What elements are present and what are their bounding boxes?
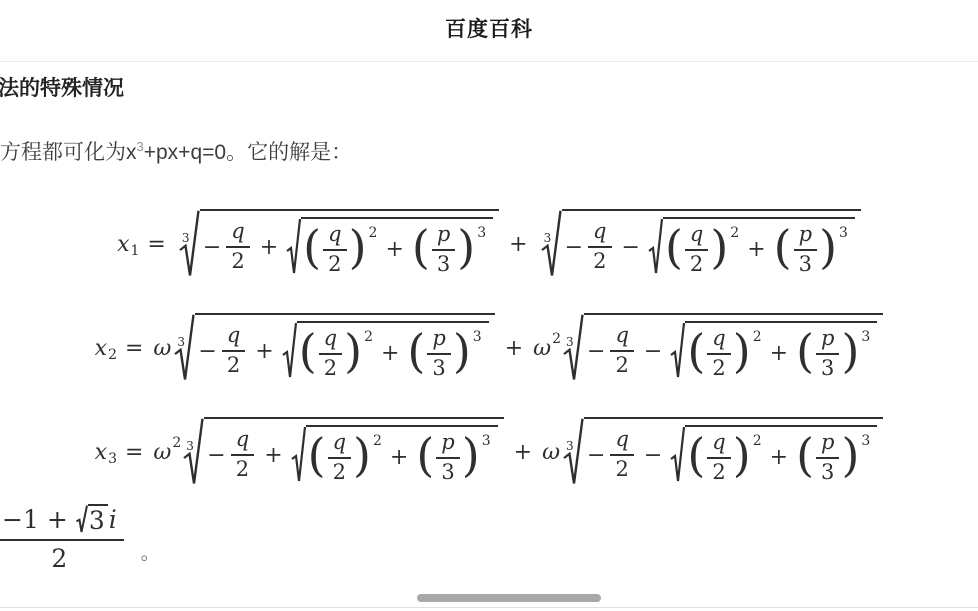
- left-paren: (: [407, 333, 425, 370]
- equals-sign: =: [125, 440, 143, 465]
- equals-sign: =: [147, 232, 165, 257]
- numerator: q: [328, 431, 351, 457]
- fraction: q2: [231, 428, 254, 481]
- left-paren: (: [774, 229, 792, 266]
- minus-sign: −: [622, 235, 640, 260]
- numerator: q: [226, 220, 249, 246]
- radical-sign-icon: 3: [563, 417, 584, 487]
- fraction: p3: [432, 223, 455, 276]
- numerator: q: [610, 428, 633, 454]
- plus-sign: +: [505, 336, 523, 361]
- radicand: ( q2 ) 2 + ( p3 ) 3: [301, 217, 493, 277]
- numerator: p: [794, 223, 817, 249]
- root-index: 3: [186, 439, 194, 453]
- intro-paragraph: 方程都可化为x3+px+q=0。它的解是：: [0, 136, 352, 166]
- radicand: − q2 − ( q2 ) 2 + ( p3 ) 3: [562, 209, 861, 279]
- root-index: 3: [177, 335, 185, 349]
- square-root: ( q2 ) 2 + ( p3 ) 3: [291, 425, 498, 485]
- radical-sign-icon: [291, 425, 306, 485]
- plus-sign: +: [770, 445, 788, 470]
- exponent: 2: [753, 433, 762, 449]
- radicand: − q2 + ( q2 ) 2 + ( p3 ) 3: [204, 417, 503, 487]
- square-root: ( q2 ) 2 + ( p3 ) 3: [670, 321, 877, 381]
- radicand: − q2 − ( q2 ) 2 + ( p3 ) 3: [584, 313, 883, 383]
- fraction: p3: [794, 223, 817, 276]
- cube-root: 3 − q2 + ( q2 ) 2 + ( p3 ) 3: [183, 417, 503, 487]
- lhs-variable: x: [95, 440, 107, 465]
- minus-sign: −: [207, 443, 225, 468]
- right-paren: ): [733, 437, 751, 474]
- imaginary-unit: i: [109, 506, 117, 534]
- denominator: 2: [707, 457, 730, 485]
- fraction: q2: [222, 324, 245, 377]
- radicand: 3: [88, 504, 108, 535]
- root-index: 3: [182, 231, 190, 245]
- left-paren: (: [303, 229, 321, 266]
- minus-sign: −: [587, 339, 605, 364]
- plus-sign: +: [264, 443, 282, 468]
- denominator: 2: [328, 457, 351, 485]
- omega-definition-fragment: −1 + 3 i 2 。: [0, 504, 160, 572]
- numerator: q: [323, 223, 346, 249]
- radicand: ( q2 ) 2 + ( p3 ) 3: [297, 321, 489, 381]
- denominator: 3: [427, 353, 450, 381]
- radicand: ( q2 ) 2 + ( p3 ) 3: [663, 217, 855, 277]
- fraction: p3: [816, 327, 839, 380]
- fraction: q2: [685, 223, 708, 276]
- radicand: − q2 + ( q2 ) 2 + ( p3 ) 3: [200, 209, 499, 279]
- fraction: p3: [427, 327, 450, 380]
- radical-sign-icon: 3: [563, 313, 584, 383]
- fraction: p3: [816, 431, 839, 484]
- lhs-subscript: 3: [108, 451, 117, 467]
- right-paren: ): [710, 229, 728, 266]
- numerator: p: [816, 327, 839, 353]
- cube-root: 3 − q2 + ( q2 ) 2 + ( p3 ) 3: [174, 313, 494, 383]
- right-paren: ): [453, 333, 471, 370]
- root-index: 3: [544, 231, 552, 245]
- exponent: 2: [373, 433, 382, 449]
- plus-sign: +: [385, 237, 403, 262]
- fraction: q2: [610, 428, 633, 481]
- plus-sign: +: [390, 445, 408, 470]
- denominator: 3: [432, 249, 455, 277]
- plus-sign: +: [747, 237, 765, 262]
- numerator: p: [436, 431, 459, 457]
- formula-x1: x1 = 3 − q2 + ( q2 ) 2 + ( p3: [0, 192, 978, 296]
- cube-root: 3 − q2 − ( q2 ) 2 + ( p3 ) 3: [563, 417, 883, 487]
- right-paren: ): [733, 333, 751, 370]
- numerator: q: [231, 428, 254, 454]
- fraction: q2: [226, 220, 249, 273]
- left-paren: (: [687, 437, 705, 474]
- intro-text-before: 方程都可化为x: [0, 141, 137, 164]
- numerator: q: [588, 220, 611, 246]
- radical-sign-icon: 3: [183, 417, 204, 487]
- radicand: ( q2 ) 2 + ( p3 ) 3: [306, 425, 498, 485]
- radical-sign-icon: [670, 321, 685, 381]
- lhs-variable: x: [117, 232, 129, 257]
- fraction: q2: [707, 431, 730, 484]
- left-paren: (: [796, 333, 814, 370]
- radical-sign-icon: 3: [174, 313, 195, 383]
- exponent: 3: [839, 225, 848, 241]
- cube-root: 3 − q2 + ( q2 ) 2 + ( p3 ) 3: [179, 209, 499, 279]
- radical-sign-icon: [282, 321, 297, 381]
- denominator: 3: [816, 353, 839, 381]
- fraction: q2: [588, 220, 611, 273]
- denominator: 3: [794, 249, 817, 277]
- fraction: −1 + 3 i 2: [0, 504, 124, 572]
- fraction: q2: [610, 324, 633, 377]
- numerator: q: [222, 324, 245, 350]
- lhs-variable: x: [95, 336, 107, 361]
- radical-sign-icon: [286, 217, 301, 277]
- fraction: p3: [436, 431, 459, 484]
- radical-sign-icon: 3: [179, 209, 200, 279]
- denominator: 2: [222, 350, 245, 378]
- left-paren: (: [416, 437, 434, 474]
- numerator: −1 + 3 i: [0, 504, 124, 539]
- plus-sign: +: [514, 440, 532, 465]
- minus-sign: −: [198, 339, 216, 364]
- denominator: 2: [0, 539, 124, 573]
- bottom-divider: [0, 607, 978, 608]
- radical-sign-icon: [76, 504, 88, 535]
- radicand: ( q2 ) 2 + ( p3 ) 3: [685, 321, 877, 381]
- right-paren: ): [819, 229, 837, 266]
- radical-sign-icon: [670, 425, 685, 485]
- section-heading: 法的特殊情况: [0, 72, 124, 102]
- numerator: p: [816, 431, 839, 457]
- radical-sign-icon: [648, 217, 663, 277]
- exponent: 2: [369, 225, 378, 241]
- formula-x3: x3 = ω2 3 − q2 + ( q2 ) 2 + ( p3: [0, 400, 978, 504]
- right-paren: ): [841, 437, 859, 474]
- numerator: q: [319, 327, 342, 353]
- denominator: 2: [685, 249, 708, 277]
- right-paren: ): [344, 333, 362, 370]
- denominator: 3: [436, 457, 459, 485]
- plus-sign: +: [260, 235, 278, 260]
- right-paren: ): [457, 229, 475, 266]
- denominator: 2: [231, 454, 254, 482]
- left-paren: (: [299, 333, 317, 370]
- denominator: 2: [319, 353, 342, 381]
- denominator: 2: [323, 249, 346, 277]
- square-root: ( q2 ) 2 + ( p3 ) 3: [286, 217, 493, 277]
- formula-x2: x2 = ω 3 − q2 + ( q2 ) 2 + ( p3: [0, 296, 978, 400]
- plus-sign: +: [47, 506, 68, 534]
- cube-root: 3 − q2 − ( q2 ) 2 + ( p3 ) 3: [541, 209, 861, 279]
- denominator: 2: [588, 246, 611, 274]
- formula-block: x1 = 3 − q2 + ( q2 ) 2 + ( p3: [0, 192, 978, 504]
- minus-sign: −: [565, 235, 583, 260]
- right-paren: ): [841, 333, 859, 370]
- denominator: 2: [707, 353, 730, 381]
- radical-sign-icon: 3: [541, 209, 562, 279]
- radicand: − q2 + ( q2 ) 2 + ( p3 ) 3: [195, 313, 494, 383]
- denominator: 2: [226, 246, 249, 274]
- fraction: q2: [323, 223, 346, 276]
- left-paren: (: [308, 437, 326, 474]
- lhs-subscript: 2: [108, 347, 117, 363]
- denominator: 2: [610, 454, 633, 482]
- root-index: 3: [566, 335, 574, 349]
- app-header: 百度百科: [0, 0, 978, 61]
- minus-sign: −: [644, 339, 662, 364]
- root-index: 3: [566, 439, 574, 453]
- numerator: q: [610, 324, 633, 350]
- plus-sign: +: [509, 232, 527, 257]
- left-paren: (: [412, 229, 430, 266]
- fraction: q2: [328, 431, 351, 484]
- radicand: ( q2 ) 2 + ( p3 ) 3: [685, 425, 877, 485]
- numerator: p: [432, 223, 455, 249]
- numerator: q: [707, 431, 730, 457]
- denominator: 3: [816, 457, 839, 485]
- fraction: q2: [707, 327, 730, 380]
- exponent: 2: [730, 225, 739, 241]
- coefficient: ω: [542, 440, 560, 465]
- exponent: 2: [753, 329, 762, 345]
- numerator: p: [427, 327, 450, 353]
- coefficient-exponent: 2: [172, 435, 181, 451]
- left-paren: (: [796, 437, 814, 474]
- plus-sign: +: [770, 341, 788, 366]
- intro-text-after: +px+q=0。它的解是：: [144, 141, 352, 164]
- minus-sign: −: [203, 235, 221, 260]
- numerator: q: [685, 223, 708, 249]
- fraction: q2: [319, 327, 342, 380]
- plus-sign: +: [255, 339, 273, 364]
- scrollbar-handle[interactable]: [417, 594, 601, 602]
- exponent: 2: [364, 329, 373, 345]
- numerator: q: [707, 327, 730, 353]
- intro-exponent: 3: [137, 139, 144, 154]
- period: 。: [141, 538, 160, 565]
- right-paren: ): [349, 229, 367, 266]
- coefficient-exponent: 2: [552, 331, 561, 347]
- right-paren: ): [462, 437, 480, 474]
- exponent: 3: [477, 225, 486, 241]
- square-root: ( q2 ) 2 + ( p3 ) 3: [670, 425, 877, 485]
- square-root: 3: [76, 504, 108, 535]
- exponent: 3: [473, 329, 482, 345]
- right-paren: ): [353, 437, 371, 474]
- equals-sign: =: [125, 336, 143, 361]
- coefficient: ω: [153, 336, 171, 361]
- left-paren: (: [687, 333, 705, 370]
- square-root: ( q2 ) 2 + ( p3 ) 3: [648, 217, 855, 277]
- exponent: 3: [861, 433, 870, 449]
- square-root: ( q2 ) 2 + ( p3 ) 3: [282, 321, 489, 381]
- denominator: 2: [610, 350, 633, 378]
- minus-sign: −: [644, 443, 662, 468]
- coefficient: ω: [153, 440, 171, 465]
- radicand: − q2 − ( q2 ) 2 + ( p3 ) 3: [584, 417, 883, 487]
- minus-sign: −: [587, 443, 605, 468]
- cube-root: 3 − q2 − ( q2 ) 2 + ( p3 ) 3: [563, 313, 883, 383]
- plus-sign: +: [381, 341, 399, 366]
- page-title: 百度百科: [0, 13, 978, 43]
- minus-one: −1: [2, 506, 39, 534]
- exponent: 3: [861, 329, 870, 345]
- coefficient: ω: [533, 336, 551, 361]
- left-paren: (: [665, 229, 683, 266]
- header-divider: [0, 61, 978, 62]
- lhs-subscript: 1: [130, 243, 139, 259]
- exponent: 3: [482, 433, 491, 449]
